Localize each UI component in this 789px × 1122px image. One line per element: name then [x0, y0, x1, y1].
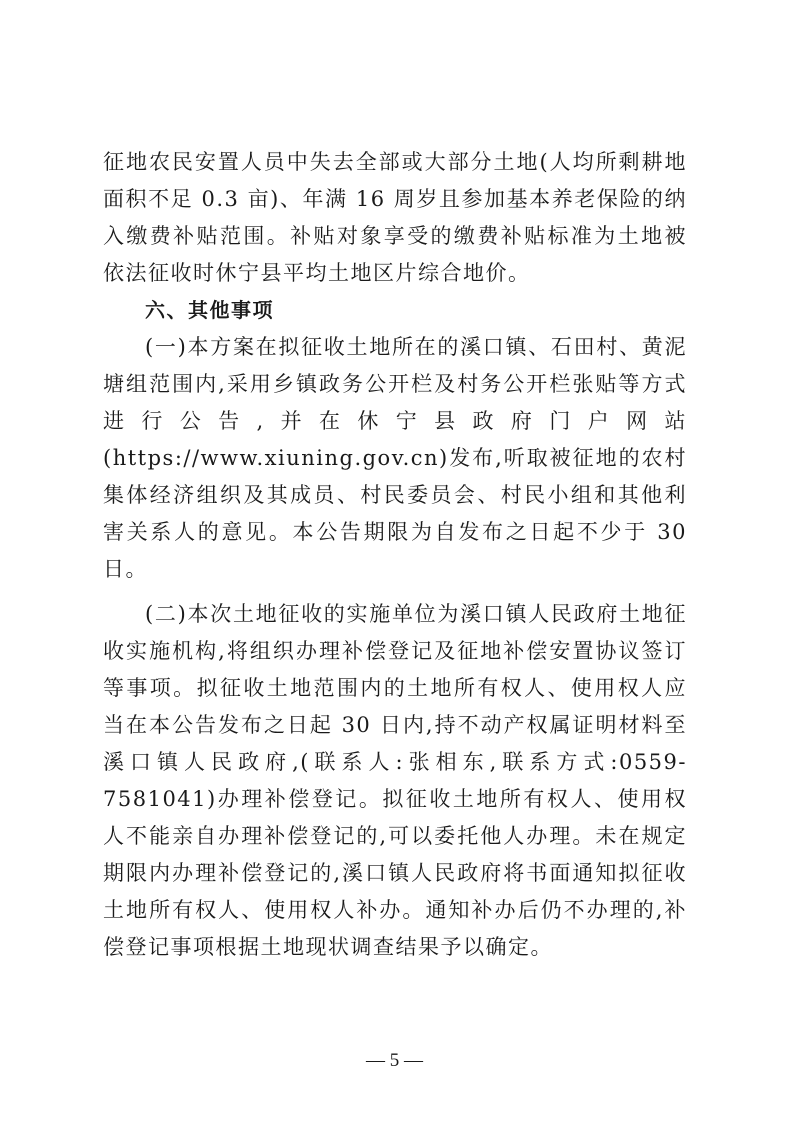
- paragraph-subsidy-scope: 征地农民安置人员中失去全部或大部分土地(人均所剩耕地面积不足 0.3 亩)、年满…: [103, 144, 687, 292]
- paragraph-announcement: (一)本方案在拟征收土地所在的溪口镇、石田村、黄泥塘组范围内,采用乡镇政务公开栏…: [103, 329, 687, 588]
- paragraph-implementation: (二)本次土地征收的实施单位为溪口镇人民政府土地征收实施机构,将组织办理补偿登记…: [103, 596, 687, 966]
- page-number: — 5 —: [0, 1050, 789, 1072]
- section-heading-other-matters: 六、其他事项: [103, 292, 687, 329]
- document-body: 征地农民安置人员中失去全部或大部分土地(人均所剩耕地面积不足 0.3 亩)、年满…: [103, 144, 687, 966]
- document-page: 征地农民安置人员中失去全部或大部分土地(人均所剩耕地面积不足 0.3 亩)、年满…: [0, 0, 789, 1122]
